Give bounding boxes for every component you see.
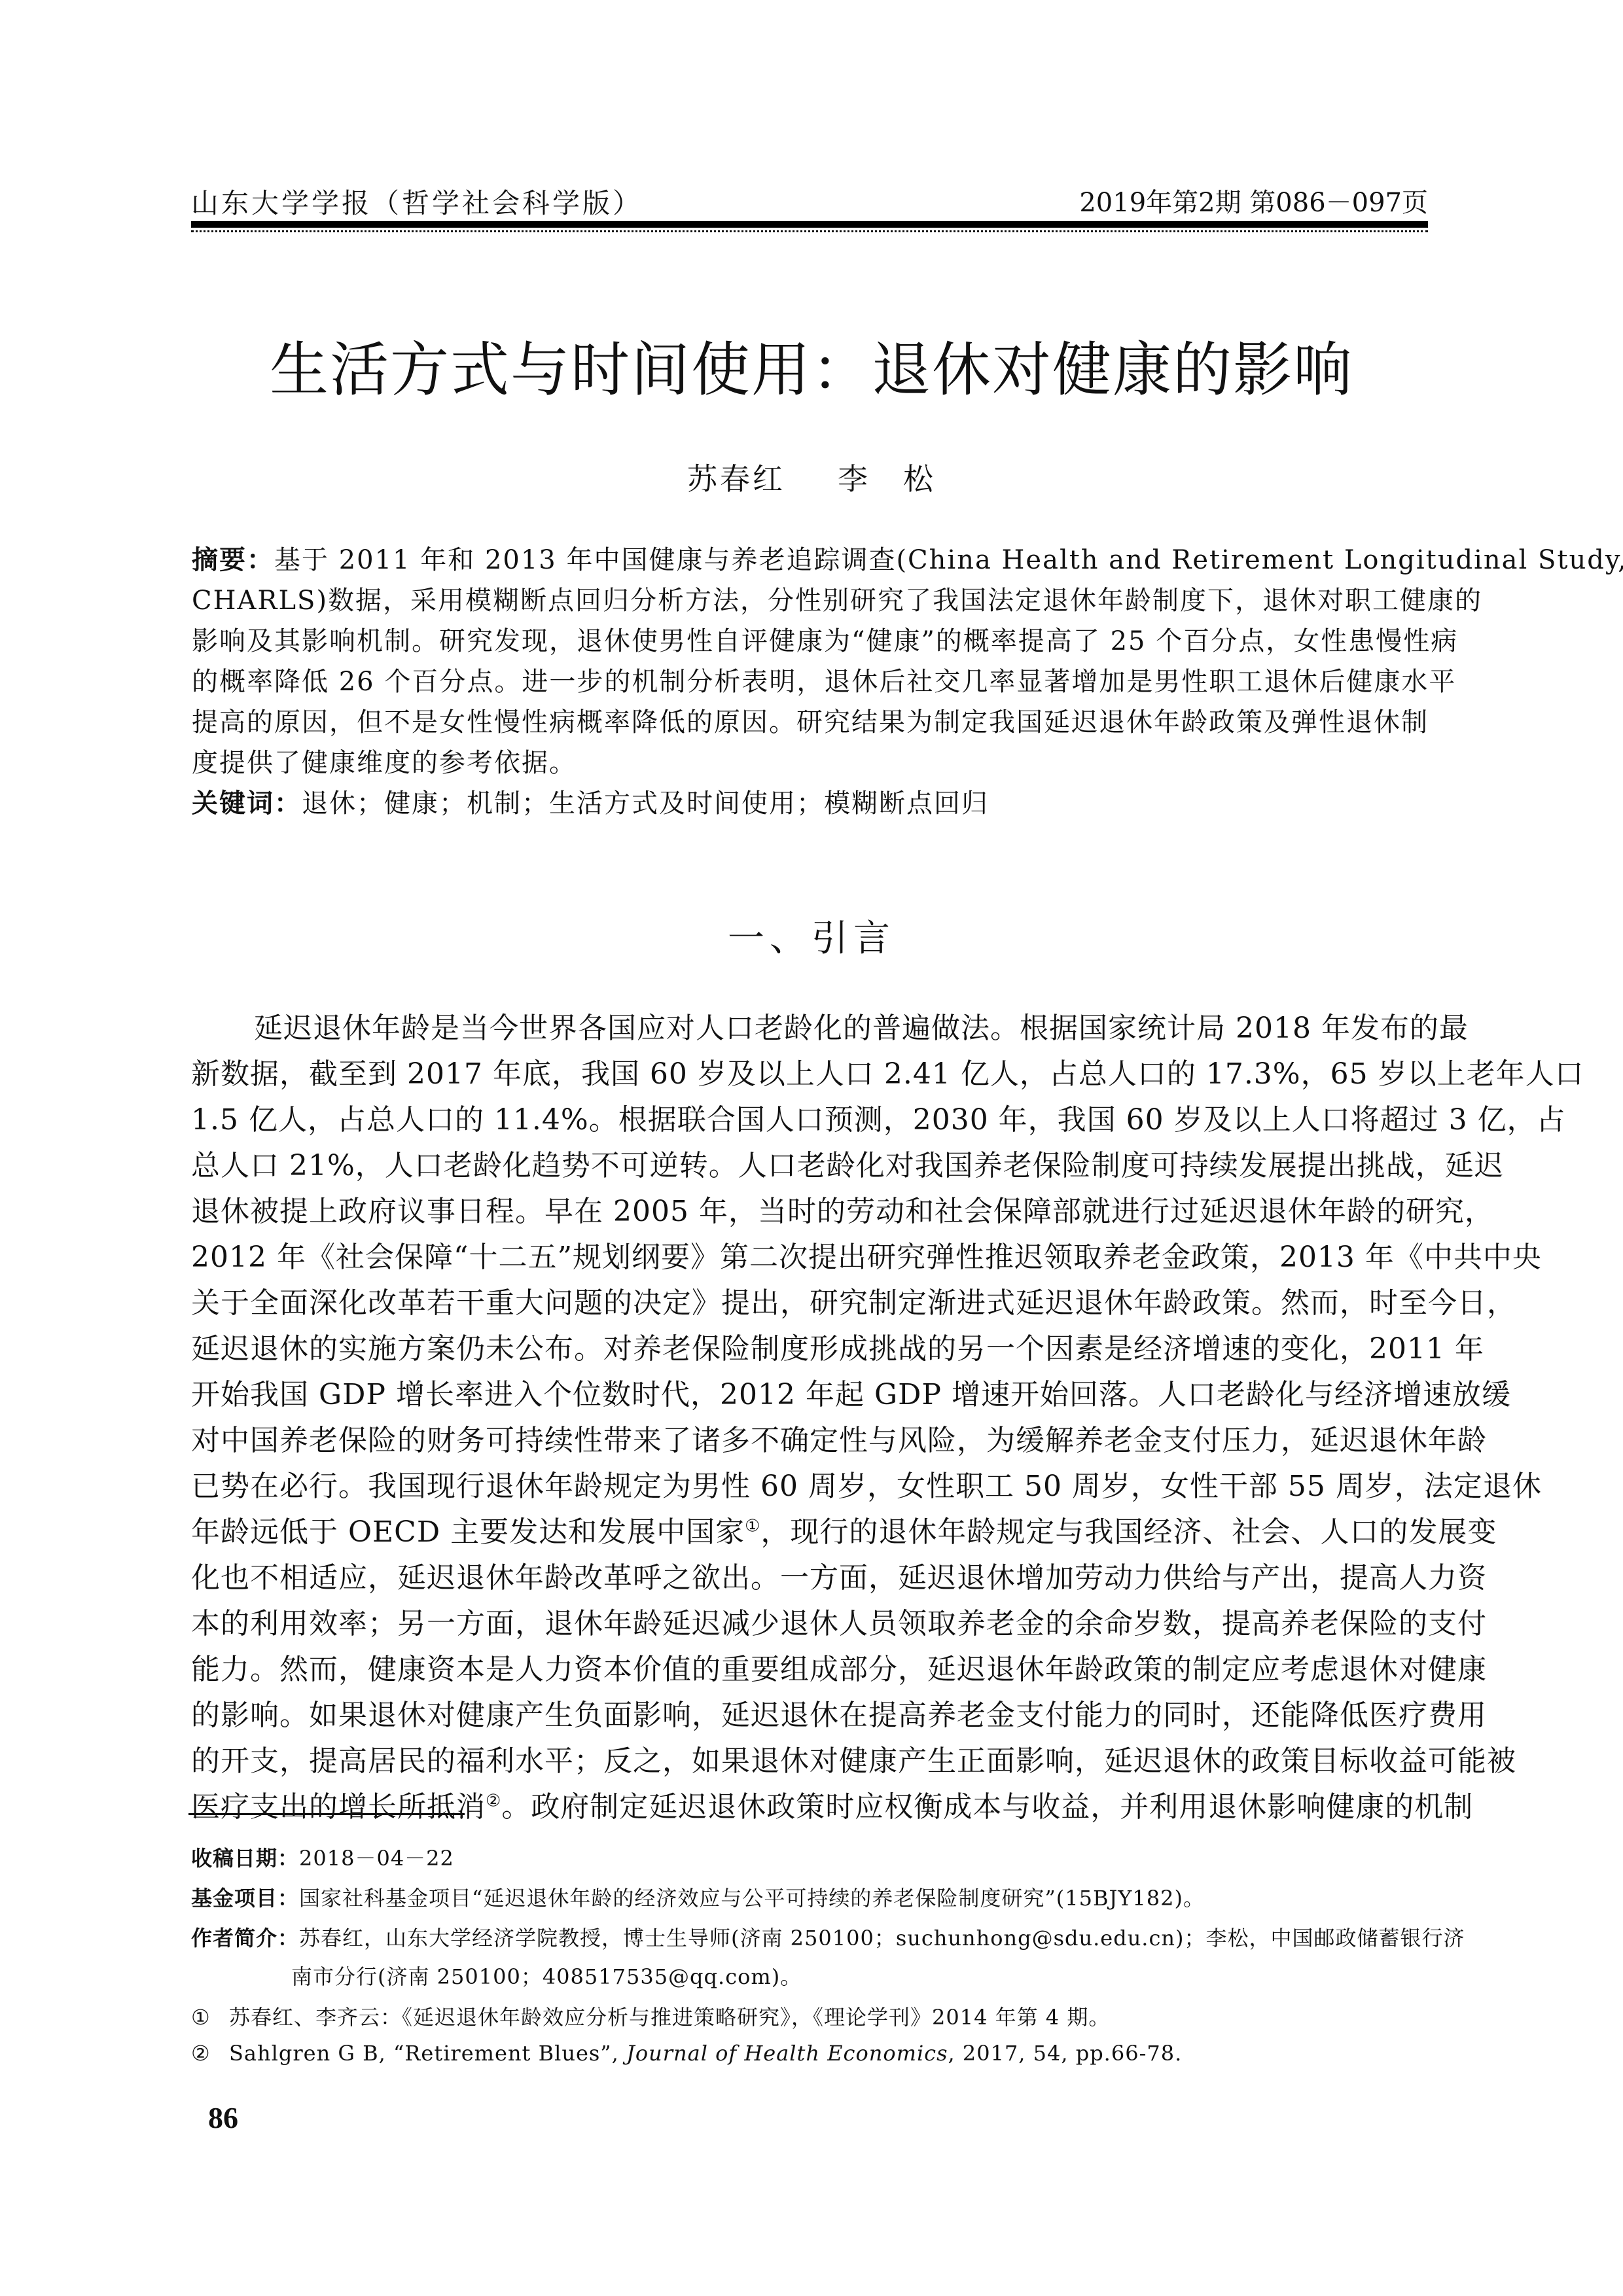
keywords-text: 退休；健康；机制；生活方式及时间使用；模糊断点回归 [302,788,989,819]
body-line: 医疗支出的增长所抵消②。政府制定延迟退休政策时应权衡成本与收益，并利用退休影响健… [191,1783,1429,1825]
body-line: 关于全面深化改革若干重大问题的决定》提出，研究制定渐进式延迟退休年龄政策。然而，… [191,1279,1429,1321]
body-line: 对中国养老保险的财务可持续性带来了诸多不确定性与风险，为缓解养老金支付压力，延迟… [191,1417,1429,1458]
footnote-ref[interactable]: ① [745,1516,760,1536]
header-rule-thin [191,230,1428,232]
footnote-2: ②Sahlgren G B, “Retirement Blues”, Journ… [191,2041,1182,2066]
body-line: 能力。然而，健康资本是人力资本价值的重要组成部分，延迟退休年龄政策的制定应考虑退… [191,1646,1429,1687]
keywords: 关键词：退休；健康；机制；生活方式及时间使用；模糊断点回归 [192,783,1429,820]
author-list: 苏春红李 松 [0,455,1623,499]
body-line: 2012 年《社会保障“十二五”规划纲要》第二次提出研究弹性推迟领取养老金政策，… [191,1233,1429,1275]
fund-project: 基金项目：国家社科基金项目“延迟退休年龄的经济效应与公平可持续的养老保险制度研究… [191,1882,1205,1912]
body-line: 退休被提上政府议事日程。早在 2005 年，当时的劳动和社会保障部就进行过延迟退… [191,1188,1429,1229]
body-line: 延迟退休的实施方案仍未公布。对养老保险制度形成挑战的另一个因素是经济增速的变化，… [191,1325,1429,1367]
body-line: 已势在必行。我国现行退休年龄规定为男性 60 周岁，女性职工 50 周岁，女性干… [191,1462,1429,1504]
section-heading: 一、引言 [0,910,1623,962]
abstract-line: 提高的原因，但不是女性慢性病概率降低的原因。研究结果为制定我国延迟退休年龄政策及… [192,701,1429,739]
keywords-label: 关键词： [192,788,302,819]
footnote-marker: ① [191,2005,229,2030]
abstract-line: 度提供了健康维度的参考依据。 [192,742,1429,779]
body-line: 1.5 亿人，占总人口的 11.4%。根据联合国人口预测，2030 年，我国 6… [191,1096,1429,1138]
journal-name: Journal of Health Economics [626,2041,948,2066]
author-intro-continued: 南市分行(济南 250100；408517535@qq.com)。 [291,1960,802,1990]
body-line: 新数据，截至到 2017 年底，我国 60 岁及以上人口 2.41 亿人，占总人… [191,1050,1429,1092]
author-name: 李 松 [838,461,936,497]
abstract-label: 摘要： [192,545,274,575]
running-header-issue-pages: 2019年第2期 第086－097页 [1079,182,1428,219]
body-line: 化也不相适应，延迟退休年龄改革呼之欲出。一方面，延迟退休增加劳动力供给与产出，提… [191,1554,1429,1596]
body-line: 本的利用效率；另一方面，退休年龄延迟减少退休人员领取养老金的余命岁数，提高养老保… [191,1600,1429,1642]
body-line: 年龄远低于 OECD 主要发达和发展中国家①，现行的退休年龄规定与我国经济、社会… [191,1508,1429,1550]
header-rule-thick [191,221,1428,228]
body-line: 开始我国 GDP 增长率进入个位数时代，2012 年起 GDP 增速开始回落。人… [191,1371,1429,1413]
page-number: 86 [208,2100,238,2135]
body-line: 总人口 21%，人口老龄化趋势不可逆转。人口老龄化对我国养老保险制度可持续发展提… [191,1142,1429,1184]
footnote-ref[interactable]: ② [486,1791,501,1810]
footnote-rule [188,1813,465,1815]
received-date: 收稿日期：2018－04－22 [191,1842,454,1872]
abstract-line: 影响及其影响机制。研究发现，退休使男性自评健康为“健康”的概率提高了 25 个百… [192,620,1429,658]
body-line: 的开支，提高居民的福利水平；反之，如果退休对健康产生正面影响，延迟退休的政策目标… [191,1737,1429,1779]
abstract-line: 摘要：基于 2011 年和 2013 年中国健康与养老追踪调查(China He… [192,539,1429,576]
body-line: 的影响。如果退休对健康产生负面影响，延迟退休在提高养老金支付能力的同时，还能降低… [191,1691,1429,1733]
article-title: 生活方式与时间使用：退休对健康的影响 [0,322,1623,407]
footnote-1: ①苏春红、李齐云：《延迟退休年龄效应分析与推进策略研究》，《理论学刊》2014 … [191,2001,1110,2031]
body-line: 延迟退休年龄是当今世界各国应对人口老龄化的普遍做法。根据国家统计局 2018 年… [254,1004,1429,1046]
abstract-line: CHARLS)数据，采用模糊断点回归分析方法，分性别研究了我国法定退休年龄制度下… [192,580,1429,617]
running-header-journal: 山东大学学报（哲学社会科学版） [191,182,643,221]
author-intro: 作者简介：苏春红，山东大学经济学院教授，博士生导师(济南 250100；such… [191,1922,1465,1952]
abstract-line: 的概率降低 26 个百分点。进一步的机制分析表明，退休后社交几率显著增加是男性职… [192,661,1429,698]
footnote-marker: ② [191,2041,229,2066]
author-name: 苏春红 [687,461,785,497]
